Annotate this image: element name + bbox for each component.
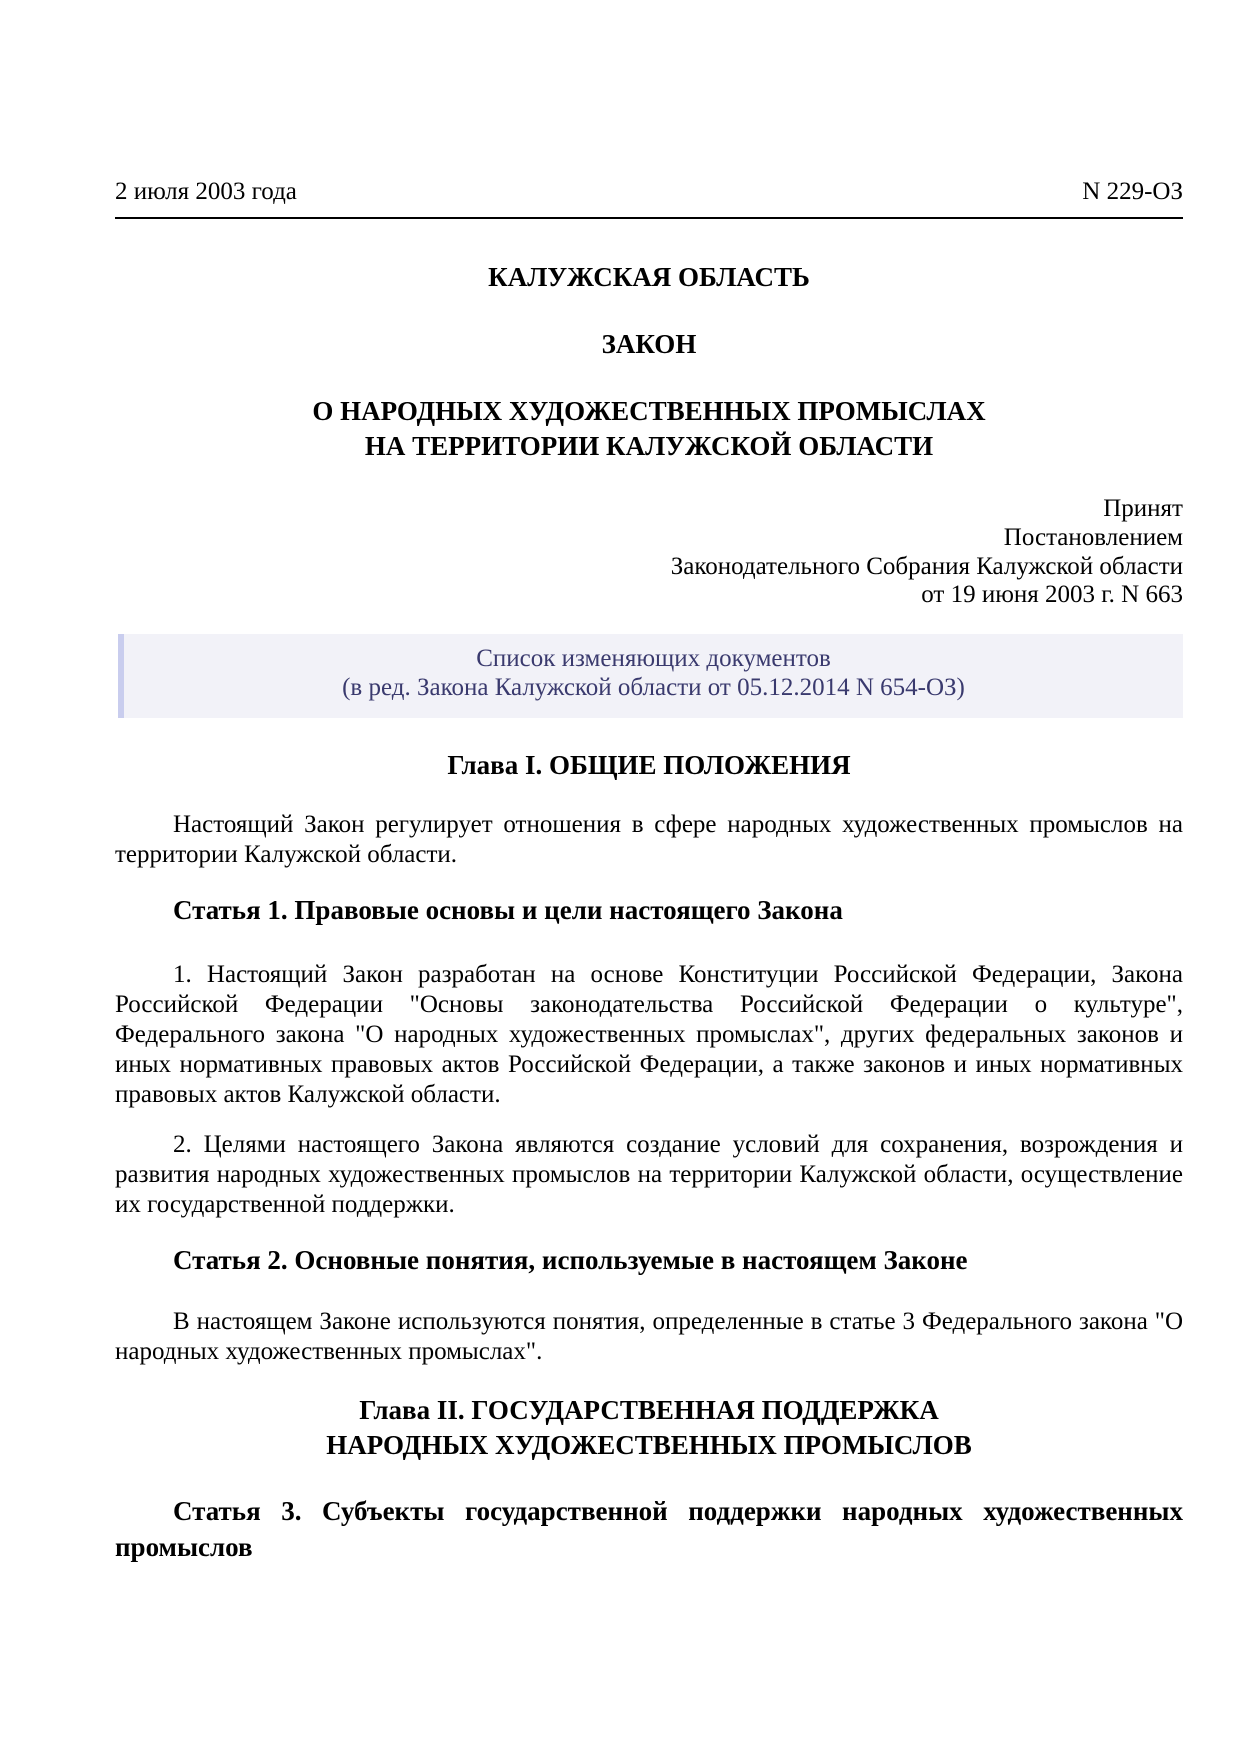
amendments-title: Список изменяющих документов xyxy=(124,645,1183,673)
amendments-box: Список изменяющих документов (в ред. Зак… xyxy=(118,634,1183,718)
adoption-line2: Постановлением xyxy=(115,524,1183,552)
adoption-line1: Принят xyxy=(115,495,1183,523)
law-title-line2: НА ТЕРРИТОРИИ КАЛУЖСКОЙ ОБЛАСТИ xyxy=(115,431,1183,462)
article1-paragraph1: 1. Настоящий Закон разработан на основе … xyxy=(115,960,1183,1110)
article1-heading: Статья 1. Правовые основы и цели настоящ… xyxy=(173,895,843,926)
law-title-line1: О НАРОДНЫХ ХУДОЖЕСТВЕННЫХ ПРОМЫСЛАХ xyxy=(115,396,1183,427)
amendments-text: (в ред. Закона Калужской области от 05.1… xyxy=(124,674,1183,702)
adoption-line3: Законодательного Собрания Калужской обла… xyxy=(115,553,1183,581)
article2-heading: Статья 2. Основные понятия, используемые… xyxy=(173,1245,968,1276)
document-date: 2 июля 2003 года xyxy=(115,178,297,206)
article2-paragraph1: В настоящем Законе используются понятия,… xyxy=(115,1307,1183,1367)
chapter2-heading-line1: Глава II. ГОСУДАРСТВЕННАЯ ПОДДЕРЖКА xyxy=(115,1395,1183,1426)
article1-paragraph2: 2. Целями настоящего Закона являются соз… xyxy=(115,1130,1183,1220)
adoption-line4: от 19 июня 2003 г. N 663 xyxy=(115,581,1183,609)
chapter1-heading: Глава I. ОБЩИЕ ПОЛОЖЕНИЯ xyxy=(115,750,1183,781)
chapter2-heading-line2: НАРОДНЫХ ХУДОЖЕСТВЕННЫХ ПРОМЫСЛОВ xyxy=(115,1430,1183,1461)
header-rule xyxy=(115,217,1183,219)
region-title: КАЛУЖСКАЯ ОБЛАСТЬ xyxy=(115,262,1183,293)
article3-heading: Статья 3. Субъекты государственной подде… xyxy=(115,1493,1183,1565)
document-number: N 229-ОЗ xyxy=(1082,178,1183,206)
document-type: ЗАКОН xyxy=(115,329,1183,360)
chapter1-intro: Настоящий Закон регулирует отношения в с… xyxy=(115,810,1183,870)
